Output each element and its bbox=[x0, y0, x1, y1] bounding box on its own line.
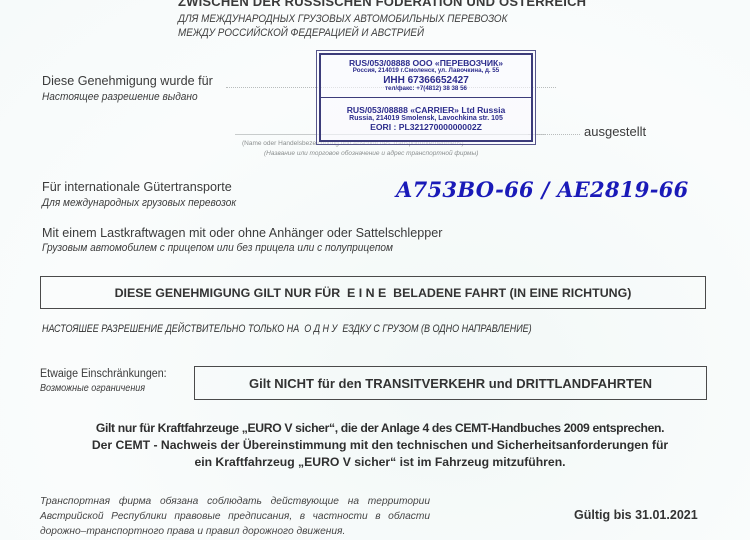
restrictions-label-de: Etwaige Einschränkungen: bbox=[40, 368, 167, 380]
stamp-en-line1: RUS/053/08888 «CARRIER» Ltd Russia bbox=[347, 106, 506, 115]
euro-line-1: Gilt nur für Kraftfahrzeuge „EURO V sich… bbox=[20, 420, 740, 437]
vehicle-label-de: Mit einem Lastkraftwagen mit oder ohne A… bbox=[42, 226, 442, 240]
single-trip-text-de: DIESE GENEHMIGUNG GILT NUR FÜR E I N E B… bbox=[115, 286, 632, 300]
header-title-de: ZWISCHEN DER RUSSISCHEN FÖDERATION UND Ö… bbox=[178, 0, 586, 9]
stamp-en-line3: EORI : PL32127000000002Z bbox=[370, 123, 482, 132]
single-trip-box: DIESE GENEHMIGUNG GILT NUR FÜR E I N E B… bbox=[40, 276, 706, 309]
restrictions-value: Gilt NICHT für den TRANSITVERKEHR und DR… bbox=[249, 376, 652, 391]
issued-suffix: ausgestellt bbox=[584, 124, 646, 139]
issued-for-label-ru: Настоящее разрешение выдано bbox=[42, 91, 198, 103]
euro-line-2: Der CEMT - Nachweis der Übereinstimmung … bbox=[20, 437, 740, 454]
transport-label-ru: Для международных грузовых перевозок bbox=[42, 197, 236, 209]
header-title-ru-1: ДЛЯ МЕЖДУНАРОДНЫХ ГРУЗОВЫХ АВТОМОБИЛЬНЫХ… bbox=[178, 13, 507, 25]
transport-label-de: Für internationale Gütertransporte bbox=[42, 180, 232, 194]
stamp-ru-line2: Россия, 214019 г.Смоленск, ул. Лавочкина… bbox=[353, 68, 499, 75]
issued-for-label-de: Diese Genehmigung wurde für bbox=[42, 74, 213, 88]
restrictions-label-ru: Возможные ограничения bbox=[40, 383, 145, 394]
company-stamp: RUS/053/08888 ООО «ПЕРЕВОЗЧИК» Россия, 2… bbox=[316, 50, 536, 145]
stamp-ru-line4: тел/факс: +7(4812) 38 38 56 bbox=[385, 86, 467, 93]
vehicle-plates: A753BO-66 / AE2819-66 bbox=[396, 177, 689, 202]
valid-until: Gültig bis 31.01.2021 bbox=[574, 508, 698, 522]
euro-v-notice: Gilt nur für Kraftfahrzeuge „EURO V sich… bbox=[20, 420, 740, 471]
caption-ru: (Название или торговое обозначение и адр… bbox=[264, 150, 478, 157]
single-trip-text-ru: НАСТОЯШЕЕ РАЗРЕШЕНИЕ ДЕЙСТВИТЕЛЬНО ТОЛЬК… bbox=[42, 323, 532, 335]
stamp-en-section: RUS/053/08888 «CARRIER» Ltd Russia Russi… bbox=[321, 97, 531, 140]
header-title-ru-2: МЕЖДУ РОССИЙСКОЙ ФЕДЕРАЦИЕЙ И АВСТРИЕЙ bbox=[178, 27, 424, 39]
permit-document: ZWISCHEN DER RUSSISCHEN FÖDERATION UND Ö… bbox=[0, 0, 750, 540]
stamp-ru-section: RUS/053/08888 ООО «ПЕРЕВОЗЧИК» Россия, 2… bbox=[321, 55, 531, 97]
restrictions-box: Gilt NICHT für den TRANSITVERKEHR und DR… bbox=[194, 366, 707, 400]
euro-line-3: ein Kraftfahrzeug „EURO V sicher“ ist im… bbox=[20, 454, 740, 471]
footer-notice-ru: Транспортная фирма обязана соблюдать дей… bbox=[40, 494, 430, 539]
vehicle-label-ru: Грузовым автомобилем с прицепом или без … bbox=[42, 242, 393, 254]
